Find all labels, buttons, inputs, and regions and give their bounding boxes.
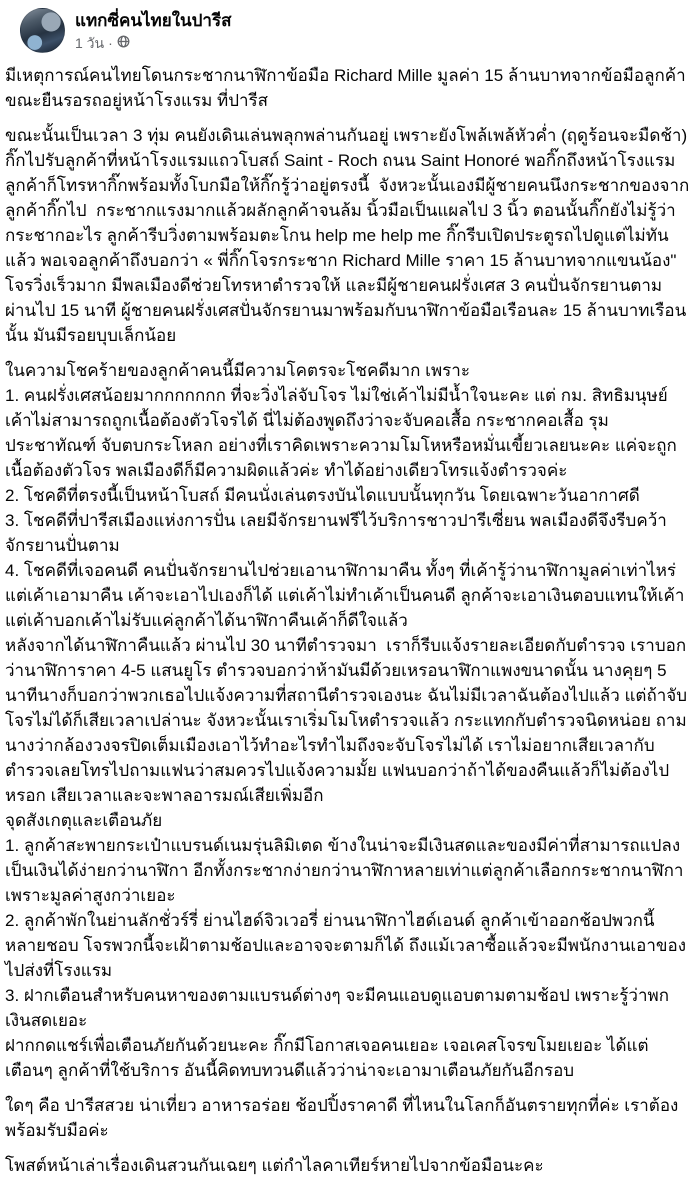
timestamp[interactable]: 1 วัน bbox=[75, 35, 104, 51]
post-paragraph: ใดๆ คือ ปารีสสวย น่าเที่ยว อาหารอร่อย ช้… bbox=[5, 1093, 690, 1143]
header-text: แทกซี่คนไทยในปารีส 1 วัน · bbox=[75, 8, 231, 51]
post-header: แทกซี่คนไทยในปารีส 1 วัน · bbox=[0, 0, 700, 55]
avatar[interactable] bbox=[20, 8, 65, 53]
facebook-post: แทกซี่คนไทยในปารีส 1 วัน · มีเหตุการณ์คน… bbox=[0, 0, 700, 1184]
post-paragraph: โพสต์หน้าเล่าเรื่องเดินสวนกันเฉยๆ แต่กำไ… bbox=[5, 1153, 690, 1178]
post-paragraph: ในความโชคร้ายของลูกค้าคนนี้มีความโคตรจะโ… bbox=[5, 358, 690, 1083]
meta-separator: · bbox=[108, 35, 113, 51]
post-paragraph: มีเหตุการณ์คนไทยโดนกระชากนาฬิกาข้อมือ Ri… bbox=[5, 63, 690, 113]
globe-public-icon bbox=[117, 35, 130, 51]
post-paragraph: ขณะนั้นเป็นเวลา 3 ทุ่ม คนยังเดินเล่นพลุก… bbox=[5, 123, 690, 348]
page-name[interactable]: แทกซี่คนไทยในปารีส bbox=[75, 10, 231, 31]
post-meta: 1 วัน · bbox=[75, 34, 231, 51]
post-body: มีเหตุการณ์คนไทยโดนกระชากนาฬิกาข้อมือ Ri… bbox=[0, 55, 700, 1184]
